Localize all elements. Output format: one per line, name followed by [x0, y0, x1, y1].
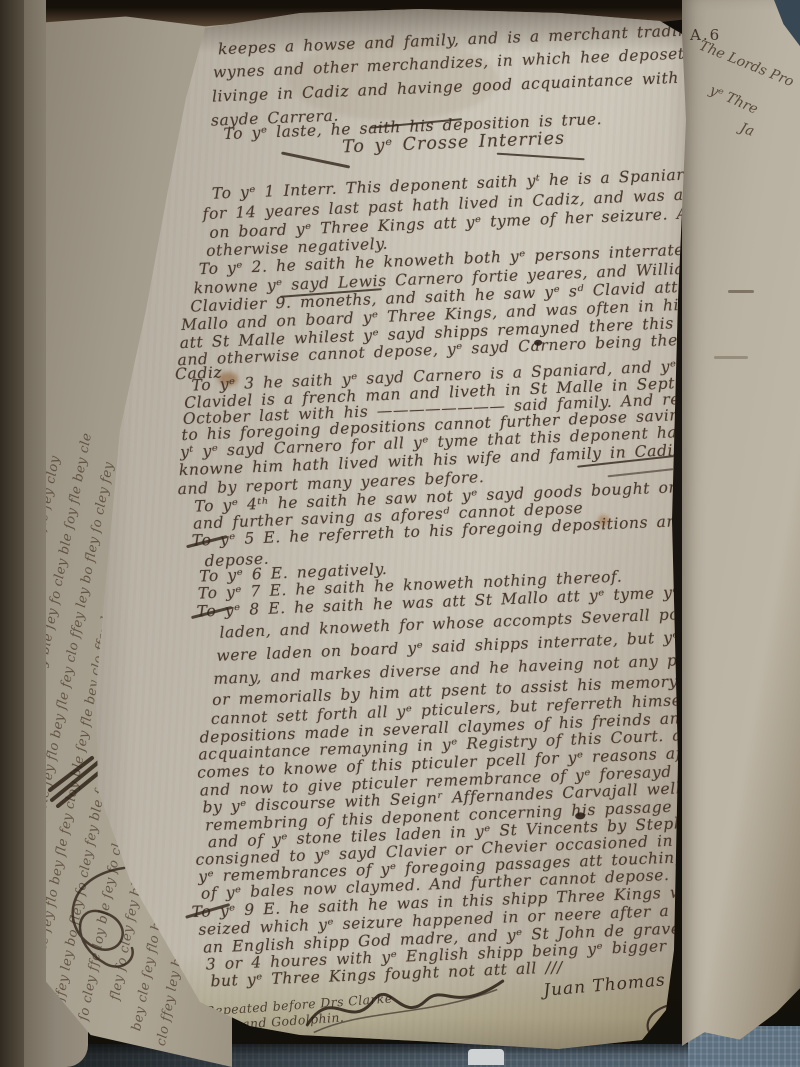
- adjacent-page-fragment: yᵉ Thre: [707, 82, 760, 117]
- notary-paraph: [298, 965, 512, 1041]
- manuscript-photo-scene: ſey fle bey clo ffey ley bo fley ſo cley…: [0, 0, 800, 1067]
- manuscript-text-block: keepes a howse and family, and is a merc…: [92, 13, 779, 1018]
- adjacent-page-fragment: The Lords Pro: [697, 38, 796, 91]
- heading-swash-stroke: [281, 151, 350, 168]
- adjacent-page-fragment: Ja: [738, 120, 757, 140]
- ink-stroke: [714, 356, 748, 359]
- adjacent-page: A.6 The Lords Pro yᵉ Thre Ja: [682, 0, 800, 1048]
- ink-stroke-strikethrough: [608, 468, 674, 477]
- heading-flourish-stroke: [497, 153, 585, 161]
- table-cloth-bottom: [0, 1044, 800, 1067]
- book-support-sliver: [468, 1049, 504, 1065]
- ink-stroke: [728, 290, 754, 293]
